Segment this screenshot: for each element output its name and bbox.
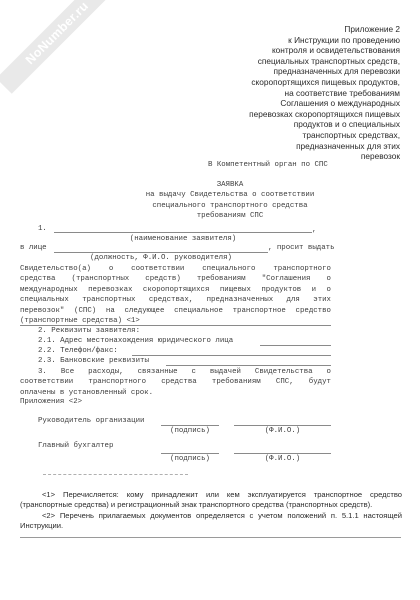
appendix-line: контроля и освидетельствования [180, 45, 400, 56]
director-name-field[interactable] [234, 425, 331, 426]
body-line: средства (транспортных средств) требован… [20, 274, 331, 284]
name-caption: (Ф.И.О.) [234, 455, 331, 463]
appendix-line: предназначенных для перевозки [180, 66, 400, 77]
footnote: <2> Перечень прилагаемых документов опре… [20, 511, 402, 532]
title-heading: ЗАЯВКА [100, 180, 360, 190]
in-person-label: в лице [20, 244, 47, 252]
appendix-line: транспортных средствах, [180, 130, 400, 141]
title-line: на выдачу Свидетельства о соответствии [100, 190, 360, 200]
appendix-line: перевозках скоропортящихся пищевых [180, 109, 400, 120]
appendix-line: специальных транспортных средств, [180, 56, 400, 67]
appendix-line: скоропортящихся пищевых продуктов, [180, 77, 400, 88]
item3-body: 3. Все расходы, связанные с выдачей Свид… [20, 367, 331, 398]
signature-role: Главный бухгалтер [38, 442, 113, 450]
signature-caption: (подпись) [161, 455, 219, 463]
accountant-signature-field[interactable] [161, 453, 219, 454]
appendix-line: предназначенных для этих [180, 141, 400, 152]
title-line: специального транспортного средства [100, 201, 360, 211]
applicant-name-caption: (наименование заявителя) [54, 235, 312, 243]
representative-field[interactable] [54, 252, 268, 253]
body-line: перевозок" (СПС) на следующее специально… [20, 306, 331, 316]
applicant-name-field[interactable] [54, 232, 312, 233]
item1-body: Свидетельство(а) о соответствии специаль… [20, 264, 331, 326]
title-line: требованиям СПС [100, 211, 360, 221]
asks-to-issue: , просит выдать [268, 244, 335, 252]
item3-line: соответствии транспортного средства треб… [20, 377, 331, 387]
appendix-line: Соглашения о международных [180, 98, 400, 109]
director-signature-field[interactable] [161, 425, 219, 426]
body-line: Свидетельство(а) о соответствии специаль… [20, 264, 331, 274]
footnotes: <1> Перечисляется: кому принадлежит или … [20, 490, 402, 532]
accountant-name-field[interactable] [234, 453, 331, 454]
footnote: <1> Перечисляется: кому принадлежит или … [20, 490, 402, 511]
name-caption: (Ф.И.О.) [234, 427, 331, 435]
document-title: ЗАЯВКА на выдачу Свидетельства о соответ… [100, 180, 360, 222]
representative-caption: (должность, Ф.И.О. руководителя) [54, 254, 268, 262]
appendix-line: продуктов и о специальных [180, 119, 400, 130]
phone-label: 2.2. Телефон/факс: [38, 347, 118, 355]
appendix-line: к Инструкции по проведению [180, 35, 400, 46]
addressee: В Компетентный орган по СПС [208, 161, 328, 169]
body-line: специальных транспортных средствах, пред… [20, 295, 331, 305]
item1-number: 1. [38, 225, 47, 233]
vehicle-list-field[interactable] [20, 325, 331, 326]
item3-line: оплачены в установленный срок. [20, 388, 331, 398]
appendix-header: Приложение 2 к Инструкции по проведению … [180, 24, 400, 162]
address-field[interactable] [260, 345, 331, 346]
bottom-divider [20, 537, 401, 538]
bank-label: 2.3. Банковские реквизиты [38, 357, 149, 365]
phone-field[interactable] [132, 355, 331, 356]
appendix-line: Приложение 2 [180, 24, 400, 35]
bank-details-field[interactable] [166, 365, 331, 366]
item3-line: 3. Все расходы, связанные с выдачей Свид… [20, 367, 331, 377]
item2-heading: 2. Реквизиты заявителя: [38, 327, 140, 335]
body-line: международных перевозках скоропортящихся… [20, 285, 331, 295]
address-label: 2.1. Адрес местонахождения юридического … [38, 337, 233, 345]
attachments-label: Приложения <2> [20, 398, 82, 406]
comma: , [312, 226, 316, 234]
signature-caption: (подпись) [161, 427, 219, 435]
footnote-separator [43, 474, 188, 475]
appendix-line: на соответствие требованиям [180, 88, 400, 99]
signature-role: Руководитель организации [38, 417, 144, 425]
watermark: NoNumber.ru [0, 0, 118, 94]
